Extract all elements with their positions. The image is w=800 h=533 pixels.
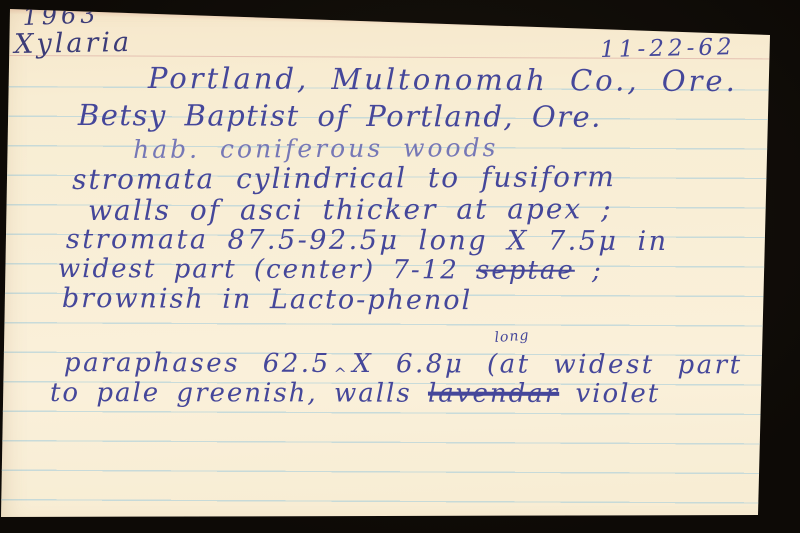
description-line-2: walls of asci thicker at apex ; [88, 192, 613, 227]
description-line-5: brownish in Lacto-phenol [62, 283, 472, 316]
description-line-7-start: to pale greenish, walls [50, 378, 428, 409]
collector-line: Betsy Baptist of Portland, Ore. [78, 98, 602, 134]
index-card: 1963 Xylaria 11-22-62 Portland, Multonom… [0, 0, 800, 533]
year-annotation: 1963 [22, 0, 100, 31]
collection-date: 11-22-62 [600, 34, 736, 63]
location-line: Portland, Multonomah Co., Ore. [148, 61, 738, 98]
description-line-7-end: violet [559, 379, 660, 409]
photo-background: 1963 Xylaria 11-22-62 Portland, Multonom… [0, 0, 800, 533]
interlinear-insertion: long [494, 328, 530, 346]
description-line-1: stromata cylindrical to fusiform [72, 160, 616, 196]
genus-name: Xylaria [14, 27, 132, 60]
description-line-4: widest part (center) 7-12 septae ; [58, 254, 603, 286]
habitat-line: hab. coniferous woods [133, 133, 498, 164]
description-line-6-start: paraphases 62.5 [64, 348, 331, 379]
struck-word-septae: septae [476, 255, 575, 285]
description-line-4-text: widest part (center) 7-12 [58, 254, 476, 285]
description-line-7: to pale greenish, walls lavendar violet [50, 378, 660, 409]
description-line-6-end: X 6.8μ (at widest part hyaline [352, 349, 800, 381]
description-line-4-end: ; [575, 256, 603, 286]
struck-word-lavendar: lavendar [428, 379, 559, 409]
description-line-3: stromata 87.5-92.5μ long X 7.5μ in [66, 224, 669, 257]
